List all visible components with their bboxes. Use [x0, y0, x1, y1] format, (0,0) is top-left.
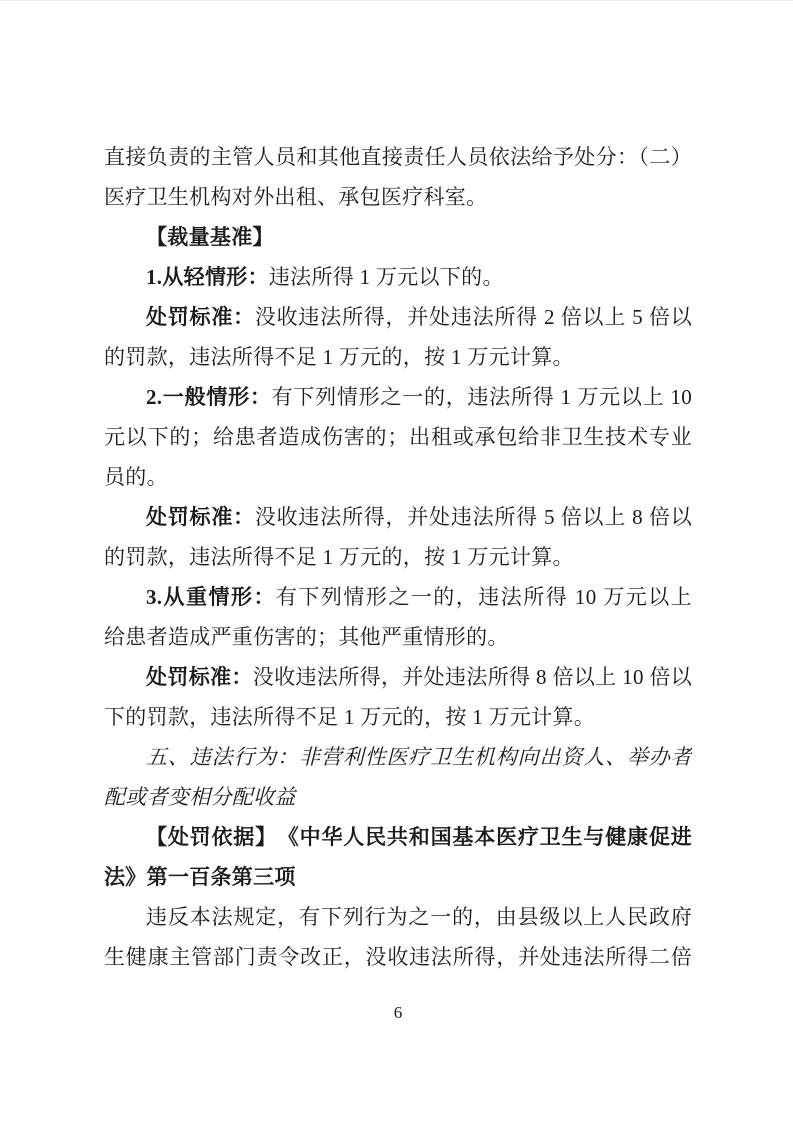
document-body: 直接负责的主管人员和其他直接责任人员依法给予处分：（二）医疗卫生机构对外出租、承… [104, 137, 692, 977]
text-line: 处罚标准：没收违法所得，并处违法所得 2 倍以上 5 倍以下 [104, 297, 692, 337]
text-run: 生健康主管部门责令改正，没收违法所得，并处违法所得二倍以 [104, 945, 692, 977]
text-line: 法》第一百条第三项 [104, 857, 692, 897]
text-line: 员的。 [104, 457, 692, 497]
text-line: 的罚款，违法所得不足 1 万元的，按 1 万元计算。 [104, 337, 692, 377]
text-line: 配或者变相分配收益 [104, 777, 692, 817]
text-run: 下的罚款，违法所得不足 1 万元的，按 1 万元计算。 [104, 705, 595, 729]
text-run: 没收违法所得，并处违法所得 8 倍以上 10 倍以 [253, 665, 692, 689]
bold-text-run: 3.从重情形： [146, 585, 276, 609]
text-line: 给患者造成严重伤害的；其他严重情形的。 [104, 617, 692, 657]
text-line: 2.一般情形：有下列情形之一的，违法所得 1 万元以上 10 万 [104, 377, 692, 417]
bold-text-run: 2.一般情形： [146, 385, 272, 409]
text-line: 【处罚依据】 《中华人民共和国基本医疗卫生与健康促进 [104, 817, 692, 857]
text-run: 员的。 [104, 465, 168, 489]
kaiti-text-run: 配或者变相分配收益 [104, 785, 296, 809]
bold-text-run: 处罚标准： [146, 305, 255, 329]
bold-text-run [266, 825, 288, 849]
text-line: 处罚标准：没收违法所得，并处违法所得 8 倍以上 10 倍以 [104, 657, 692, 697]
bold-text-run: 【裁量基准】 [146, 225, 274, 249]
document-page: 直接负责的主管人员和其他直接责任人员依法给予处分：（二）医疗卫生机构对外出租、承… [0, 0, 793, 1122]
text-line: 3.从重情形：有下列情形之一的，违法所得 10 万元以上的； [104, 577, 692, 617]
bold-text-run: 法》第一百条第三项 [104, 865, 296, 889]
bold-text-run: 处罚标准： [146, 505, 255, 529]
text-line: 五、违法行为：非营利性医疗卫生机构向出资人、举办者分 [104, 737, 692, 777]
text-line: 元以下的；给患者造成伤害的；出租或承包给非卫生技术专业人 [104, 417, 692, 457]
bold-text-run: 处罚标准： [146, 665, 253, 689]
text-line: 生健康主管部门责令改正，没收违法所得，并处违法所得二倍以 [104, 937, 692, 977]
text-line: 1.从轻情形：违法所得 1 万元以下的。 [104, 257, 692, 297]
bold-text-run: 1.从轻情形： [146, 265, 269, 289]
text-line: 下的罚款，违法所得不足 1 万元的，按 1 万元计算。 [104, 697, 692, 737]
text-line: 处罚标准：没收违法所得，并处违法所得 5 倍以上 8 倍以下 [104, 497, 692, 537]
text-run: 违反本法规定，有下列行为之一的，由县级以上人民政府卫 [104, 905, 692, 937]
text-line: 直接负责的主管人员和其他直接责任人员依法给予处分：（二） [104, 137, 692, 177]
text-run: 医疗卫生机构对外出租、承包医疗科室。 [104, 185, 487, 209]
text-run: 违法所得 1 万元以下的。 [269, 265, 504, 289]
text-run: 的罚款，违法所得不足 1 万元的，按 1 万元计算。 [104, 545, 574, 569]
text-run: 给患者造成严重伤害的；其他严重情形的。 [104, 625, 509, 649]
kaiti-text-run: 五、违法行为：非营利性医疗卫生机构向出资人、举办者分 [104, 745, 692, 777]
text-line: 的罚款，违法所得不足 1 万元的，按 1 万元计算。 [104, 537, 692, 577]
text-line: 【裁量基准】 [104, 217, 692, 257]
text-run: 的罚款，违法所得不足 1 万元的，按 1 万元计算。 [104, 345, 574, 369]
bold-text-run: 【处罚依据】 [146, 825, 266, 849]
page-number: 6 [104, 1003, 692, 1023]
bold-text-run: 《中华人民共和国基本医疗卫生与健康促进 [288, 825, 692, 849]
text-run: 元以下的；给患者造成伤害的；出租或承包给非卫生技术专业人 [104, 425, 692, 457]
text-run: 直接负责的主管人员和其他直接责任人员依法给予处分：（二） [104, 145, 692, 169]
text-line: 医疗卫生机构对外出租、承包医疗科室。 [104, 177, 692, 217]
text-line: 违反本法规定，有下列行为之一的，由县级以上人民政府卫 [104, 897, 692, 937]
